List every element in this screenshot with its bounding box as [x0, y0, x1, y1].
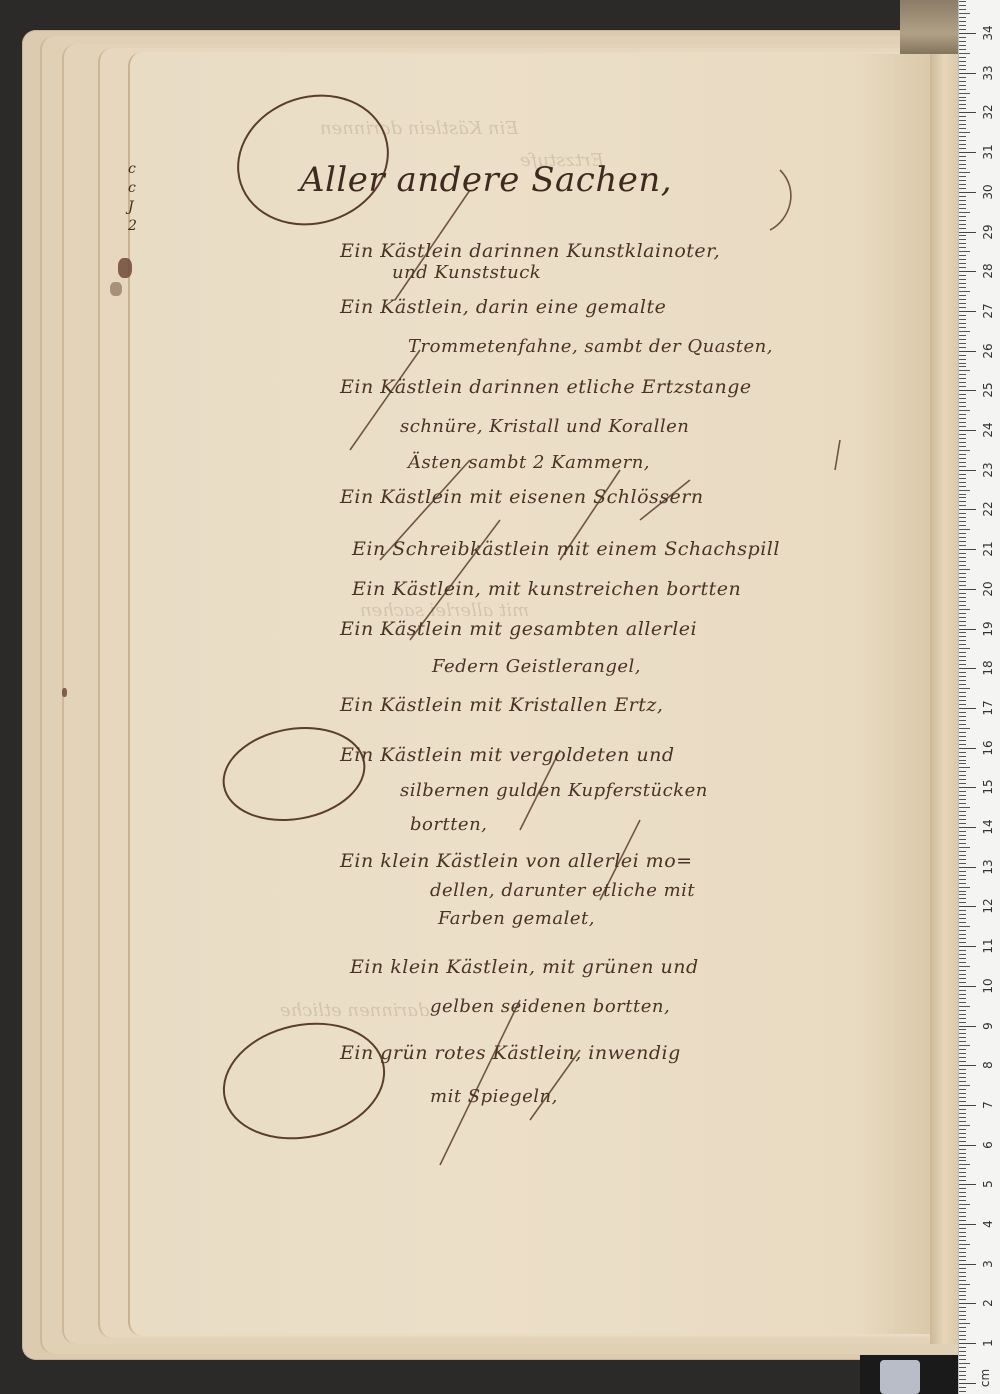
ruler-tick: [959, 621, 966, 622]
ruler-label: 33: [982, 60, 994, 86]
ruler-tick: [959, 128, 966, 129]
ruler-tick: [959, 863, 966, 864]
ruler-label: 28: [982, 258, 994, 284]
ruler-tick: [959, 184, 966, 185]
ruler-label: 24: [982, 417, 994, 443]
ruler-tick: [959, 648, 970, 649]
ruler-tick: [959, 374, 966, 375]
ruler-tick: [959, 239, 966, 240]
ruler-tick: [959, 1133, 966, 1134]
ruler-tick: [959, 29, 966, 30]
ruler-tick: [959, 632, 966, 633]
ruler-tick: [959, 629, 976, 630]
ruler-tick: [959, 1069, 966, 1070]
ruler-tick: [959, 104, 966, 105]
ruler-tick: [959, 783, 966, 784]
ruler-tick: [959, 597, 966, 598]
entry-line: Ein Kästlein darinnen Kunstklainoter,: [340, 240, 720, 262]
ruler-tick: [959, 1164, 970, 1165]
ruler-tick: [959, 45, 966, 46]
ruler-tick: [959, 430, 976, 431]
ruler-tick: [959, 740, 966, 741]
ruler-tick: [959, 1303, 976, 1304]
ruler-tick: [959, 716, 966, 717]
ruler-tick: [959, 370, 970, 371]
ruler-tick: [959, 954, 966, 955]
ruler-label: 15: [982, 774, 994, 800]
ruler-tick: [959, 1097, 966, 1098]
ruler-label: 10: [982, 973, 994, 999]
ruler-tick: [959, 17, 966, 18]
ruler-tick: [959, 1089, 966, 1090]
ruler-tick: [959, 1006, 970, 1007]
ruler-tick: [959, 414, 966, 415]
ruler-tick: [959, 267, 966, 268]
ruler-tick: [959, 692, 966, 693]
ruler-tick: [959, 168, 966, 169]
ruler-tick: [959, 1129, 966, 1130]
ruler-tick: [959, 85, 966, 86]
ruler-tick: [959, 454, 966, 455]
ruler-tick: [959, 1105, 976, 1106]
ruler-label: 9: [982, 1013, 994, 1039]
ruler-tick: [959, 1264, 976, 1265]
ruler-tick: [959, 486, 966, 487]
ruler-tick: [959, 752, 966, 753]
ruler-tick: [959, 1081, 966, 1082]
ruler-label: 13: [982, 854, 994, 880]
ruler-label: 19: [982, 616, 994, 642]
ruler-tick: [959, 744, 966, 745]
ruler-tick: [959, 1387, 966, 1388]
ruler-tick: [959, 1363, 970, 1364]
ruler-tick: [959, 1149, 966, 1150]
ruler-label: 2: [982, 1290, 994, 1316]
measurement-ruler: 3433323130292827262524232221201918171615…: [958, 0, 1000, 1394]
ruler-tick: [959, 1049, 966, 1050]
ruler-tick: [959, 938, 966, 939]
ruler-tick: [959, 894, 966, 895]
ruler-tick: [959, 891, 966, 892]
ruler-tick: [959, 69, 966, 70]
ruler-tick: [959, 875, 966, 876]
ruler-tick: [959, 442, 966, 443]
ruler-tick: [959, 1172, 966, 1173]
ruler-tick: [959, 1204, 970, 1205]
ruler-tick: [959, 803, 966, 804]
ruler-tick: [959, 601, 966, 602]
ruler-tick: [959, 509, 976, 510]
ruler-tick: [959, 378, 966, 379]
ruler-tick: [959, 1093, 966, 1094]
ruler-tick: [959, 962, 966, 963]
ruler-tick: [959, 1295, 966, 1296]
ruler-tick: [959, 553, 966, 554]
ruler-tick: [959, 478, 966, 479]
ruler-tick: [959, 851, 966, 852]
ruler-tick: [959, 482, 966, 483]
ruler-tick: [959, 247, 966, 248]
ruler-tick: [959, 756, 966, 757]
ruler-tick: [959, 656, 966, 657]
ruler-tick: [959, 339, 966, 340]
ruler-label: 31: [982, 139, 994, 165]
ruler-tick: [959, 1276, 966, 1277]
ruler-tick: [959, 116, 966, 117]
ruler-tick: [959, 494, 966, 495]
ruler-tick: [959, 569, 970, 570]
ruler-label: 18: [982, 655, 994, 681]
ruler-tick: [959, 1335, 966, 1336]
ruler-tick: [959, 871, 966, 872]
ruler-tick: [959, 906, 976, 907]
entry-continuation: mit Spiegeln,: [430, 1086, 558, 1107]
ruler-tick: [959, 1168, 966, 1169]
ruler-tick: [959, 561, 966, 562]
ruler-tick: [959, 228, 966, 229]
ruler-tick: [959, 1379, 966, 1380]
ruler-tick: [959, 1057, 966, 1058]
ruler-tick: [959, 533, 966, 534]
ruler-tick: [959, 386, 966, 387]
ruler-tick: [959, 1319, 966, 1320]
ruler-label: 32: [982, 99, 994, 125]
entry-continuation: Ästen sambt 2 Kammern,: [408, 452, 650, 473]
ruler-tick: [959, 1260, 966, 1261]
ruler-tick: [959, 450, 970, 451]
ruler-tick: [959, 1121, 966, 1122]
ruler-tick: [959, 922, 966, 923]
ruler-tick: [959, 319, 966, 320]
ruler-tick: [959, 549, 976, 550]
ruler-tick: [959, 108, 966, 109]
ruler-tick: [959, 418, 966, 419]
ruler-tick: [959, 359, 966, 360]
ruler-tick: [959, 541, 966, 542]
ruler-tick: [959, 303, 966, 304]
ruler-tick: [959, 704, 966, 705]
ruler-tick: [959, 208, 966, 209]
ruler-tick: [959, 13, 970, 14]
ruler-tick: [959, 1184, 976, 1185]
ruler-tick: [959, 1137, 966, 1138]
ruler-tick: [959, 1311, 966, 1312]
ruler-label: 21: [982, 536, 994, 562]
ruler-tick: [959, 970, 966, 971]
entry-line: Ein Kästlein mit gesambten allerlei: [340, 618, 697, 640]
ruler-tick: [959, 1101, 966, 1102]
entry-line: Ein Kästlein mit Kristallen Ertz,: [340, 694, 663, 716]
ruler-tick: [959, 490, 970, 491]
ruler-tick: [959, 501, 966, 502]
ruler-tick: [959, 263, 966, 264]
ruler-tick: [959, 684, 966, 685]
ruler-tick: [959, 779, 966, 780]
ruler-tick: [959, 887, 970, 888]
ruler-tick: [959, 986, 976, 987]
ruler-tick: [959, 1053, 966, 1054]
ruler-tick: [959, 732, 966, 733]
ruler-tick: [959, 426, 966, 427]
ruler-tick: [959, 1367, 966, 1368]
ruler-tick: [959, 9, 966, 10]
ruler-label: 12: [982, 893, 994, 919]
ruler-tick: [959, 613, 966, 614]
ruler-tick: [959, 196, 966, 197]
ruler-tick: [959, 283, 966, 284]
ruler-tick: [959, 1153, 966, 1154]
ruler-tick: [959, 124, 966, 125]
ruler-tick: [959, 700, 966, 701]
ruler-tick: [959, 61, 966, 62]
ruler-tick: [959, 287, 966, 288]
ruler-tick: [959, 140, 966, 141]
ruler-tick: [959, 724, 966, 725]
ruler-tick: [959, 982, 966, 983]
ruler-tick: [959, 1029, 966, 1030]
ruler-tick: [959, 585, 966, 586]
ruler-tick: [959, 1010, 966, 1011]
ruler-tick: [959, 200, 966, 201]
ruler-tick: [959, 188, 966, 189]
ruler-tick: [959, 1327, 966, 1328]
ruler-tick: [959, 97, 966, 98]
ruler-tick: [959, 767, 970, 768]
entry-continuation: gelben seidenen bortten,: [430, 996, 670, 1017]
ruler-tick: [959, 1188, 966, 1189]
ruler-tick: [959, 1061, 966, 1062]
ruler-tick: [959, 347, 966, 348]
ruler-tick: [959, 1018, 966, 1019]
ruler-tick: [959, 771, 966, 772]
ruler-tick: [959, 41, 966, 42]
ruler-tick: [959, 172, 970, 173]
ruler-label: 20: [982, 576, 994, 602]
ruler-tick: [959, 275, 966, 276]
ruler-tick: [959, 577, 966, 578]
ruler-tick: [959, 156, 966, 157]
ruler-tick: [959, 1291, 966, 1292]
ruler-tick: [959, 331, 970, 332]
ruler-tick: [959, 466, 966, 467]
ruler-tick: [959, 366, 966, 367]
ruler-label: 30: [982, 179, 994, 205]
ruler-tick: [959, 926, 970, 927]
ruler-tick: [959, 327, 966, 328]
ruler-tick: [959, 625, 966, 626]
ruler-tick: [959, 148, 966, 149]
ruler-tick: [959, 831, 966, 832]
ruler-tick: [959, 529, 970, 530]
ruler-tick: [959, 25, 966, 26]
ruler-label: 3: [982, 1251, 994, 1277]
ruler-tick: [959, 1041, 966, 1042]
ruler-tick: [959, 918, 966, 919]
ruler-tick: [959, 1200, 966, 1201]
ruler-label: 5: [982, 1171, 994, 1197]
ruler-tick: [959, 720, 966, 721]
entry-line: Ein Kästlein mit vergoldeten und: [340, 744, 675, 766]
ruler-tick: [959, 1141, 966, 1142]
ruler-tick: [959, 1085, 970, 1086]
ruler-tick: [959, 1014, 966, 1015]
ruler-tick: [959, 497, 966, 498]
ruler-tick: [959, 1351, 966, 1352]
ruler-tick: [959, 1228, 966, 1229]
ruler-tick: [959, 994, 966, 995]
ruler-tick: [959, 998, 966, 999]
ruler-tick: [959, 382, 966, 383]
ruler-tick: [959, 1176, 966, 1177]
ruler-tick: [959, 1045, 970, 1046]
entry-continuation: und Kunststuck: [392, 262, 541, 283]
ruler-tick: [959, 1240, 966, 1241]
ruler-tick: [959, 49, 966, 50]
ruler-tick: [959, 73, 976, 74]
ruler-unit-label: cm: [979, 1365, 991, 1391]
ruler-tick: [959, 1192, 966, 1193]
ruler-tick: [959, 708, 976, 709]
ruler-tick: [959, 112, 976, 113]
ruler-tick: [959, 1288, 966, 1289]
ruler-tick: [959, 589, 976, 590]
ruler-tick: [959, 513, 966, 514]
ruler-tick: [959, 204, 966, 205]
ruler-tick: [959, 680, 966, 681]
ruler-tick: [959, 1224, 976, 1225]
ruler-tick: [959, 930, 966, 931]
ruler-tick: [959, 311, 976, 312]
ruler-tick: [959, 120, 966, 121]
ruler-label: 11: [982, 933, 994, 959]
ruler-tick: [959, 438, 966, 439]
ruler-tick: [959, 1339, 966, 1340]
ruler-tick: [959, 664, 966, 665]
ruler-tick: [959, 152, 976, 153]
ruler-tick: [959, 89, 966, 90]
ruler-tick: [959, 609, 970, 610]
ruler-tick: [959, 446, 966, 447]
ruler-tick: [959, 640, 966, 641]
ruler-tick: [959, 902, 966, 903]
ruler-tick: [959, 819, 966, 820]
ruler-tick: [959, 1180, 966, 1181]
ruler-tick: [959, 21, 966, 22]
ruler-tick: [959, 1077, 966, 1078]
ruler-tick: [959, 1033, 966, 1034]
ruler-tick: [959, 839, 966, 840]
ruler-tick: [959, 1157, 966, 1158]
ruler-tick: [959, 1022, 966, 1023]
ruler-tick: [959, 593, 966, 594]
ruler-tick: [959, 1244, 970, 1245]
ruler-tick: [959, 259, 966, 260]
entry-line: Ein Kästlein, darin eine gemalte: [340, 296, 666, 318]
ruler-tick: [959, 557, 966, 558]
ruler-tick: [959, 1145, 976, 1146]
ruler-tick: [959, 355, 966, 356]
ruler-tick: [959, 1109, 966, 1110]
ruler-tick: [959, 636, 966, 637]
ruler-label: 7: [982, 1092, 994, 1118]
ruler-tick: [959, 212, 970, 213]
ruler-tick: [959, 291, 970, 292]
ruler-tick: [959, 323, 966, 324]
ruler-tick: [959, 676, 966, 677]
ruler-tick: [959, 942, 966, 943]
ruler-label: 8: [982, 1052, 994, 1078]
ruler-label: 23: [982, 457, 994, 483]
ruler-tick: [959, 1272, 966, 1273]
ruler-tick: [959, 53, 970, 54]
entry-line: Ein Kästlein mit eisenen Schlössern: [340, 486, 704, 508]
ruler-label: 34: [982, 20, 994, 46]
ruler-tick: [959, 867, 976, 868]
ruler-tick: [959, 1268, 966, 1269]
ruler-tick: [959, 335, 966, 336]
entry-continuation: Trommetenfahne, sambt der Quasten,: [408, 336, 773, 357]
ruler-tick: [959, 434, 966, 435]
ruler-tick: [959, 474, 966, 475]
ruler-tick: [959, 33, 976, 34]
ruler-tick: [959, 271, 976, 272]
ruler-tick: [959, 243, 966, 244]
ruler-tick: [959, 545, 966, 546]
ruler-tick: [959, 251, 970, 252]
ruler-tick: [959, 537, 966, 538]
ruler-tick: [959, 1073, 966, 1074]
ruler-tick: [959, 307, 966, 308]
ruler-tick: [959, 406, 966, 407]
ruler-tick: [959, 470, 976, 471]
ruler-tick: [959, 807, 970, 808]
ruler-tick: [959, 815, 966, 816]
ruler-tick: [959, 1280, 966, 1281]
ruler-label: 26: [982, 338, 994, 364]
ruler-tick: [959, 748, 976, 749]
page-heading: Aller andere Sachen,: [300, 160, 672, 200]
ruler-tick: [959, 914, 966, 915]
ruler-tick: [959, 351, 976, 352]
ruler-tick: [959, 517, 966, 518]
ruler-tick: [959, 398, 966, 399]
ruler-tick: [959, 1232, 966, 1233]
ruler-tick: [959, 696, 966, 697]
ruler-tick: [959, 224, 966, 225]
ruler-tick: [959, 1307, 966, 1308]
ruler-tick: [959, 65, 966, 66]
ruler-tick: [959, 279, 966, 280]
ruler-tick: [959, 315, 966, 316]
entry-line: Ein grün rotes Kästlein, inwendig: [340, 1042, 681, 1064]
ruler-tick: [959, 521, 966, 522]
ruler-tick: [959, 77, 966, 78]
entry-continuation: Federn Geistlerangel,: [432, 656, 641, 677]
ruler-tick: [959, 1391, 966, 1392]
ruler-label: 17: [982, 695, 994, 721]
ruler-tick: [959, 847, 970, 848]
ruler-tick: [959, 934, 966, 935]
ruler-tick: [959, 176, 966, 177]
ruler-tick: [959, 581, 966, 582]
ruler-label: 4: [982, 1211, 994, 1237]
ruler-tick: [959, 462, 966, 463]
ruler-tick: [959, 422, 966, 423]
ruler-tick: [959, 946, 976, 947]
entry-continuation: bortten,: [410, 814, 487, 835]
ruler-tick: [959, 728, 970, 729]
ruler-tick: [959, 668, 976, 669]
